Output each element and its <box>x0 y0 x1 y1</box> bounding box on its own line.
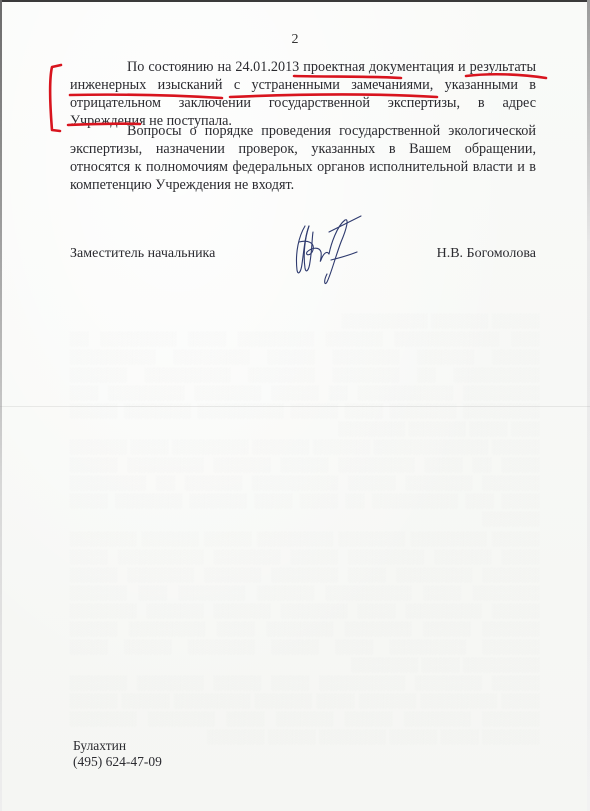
page-number: 2 <box>0 32 590 48</box>
contact-name: Булахтин <box>73 738 162 754</box>
text-segment: и <box>454 59 470 75</box>
signatory-title: Заместитель начальника <box>70 246 215 262</box>
paragraph-text: Вопросы о порядке проведения государстве… <box>70 122 536 194</box>
handwritten-signature-icon <box>285 212 365 287</box>
bleed-through-text: ░░░░░ ░░░░░░ ░░░░░░░░░ ░░░ ░░░░░░░░░░░ ░… <box>70 312 540 528</box>
text-segment: По состоянию на 24.01.2013 <box>127 59 303 75</box>
scan-edge-top <box>0 0 590 2</box>
contact-block: Булахтин (495) 624-47-09 <box>73 738 162 770</box>
fold-line <box>0 406 590 407</box>
paragraph-status: По состоянию на 24.01.2013 проектная док… <box>70 58 536 130</box>
underlined-segment-project-docs: проектная документация <box>303 59 454 75</box>
text-segment <box>222 77 233 93</box>
contact-phone: (495) 624-47-09 <box>73 754 162 770</box>
underlined-segment-corrected-remarks: с устраненными замечаниями, <box>234 77 433 93</box>
paragraph-competence: Вопросы о порядке проведения государстве… <box>70 122 536 194</box>
signatory-name: Н.В. Богомолова <box>437 246 536 262</box>
bleed-through-text: ░░░░░ ░░░░░░░░ ░░░░░░░ ░░░░░░░░ ░░░░░ ░░… <box>70 530 540 746</box>
